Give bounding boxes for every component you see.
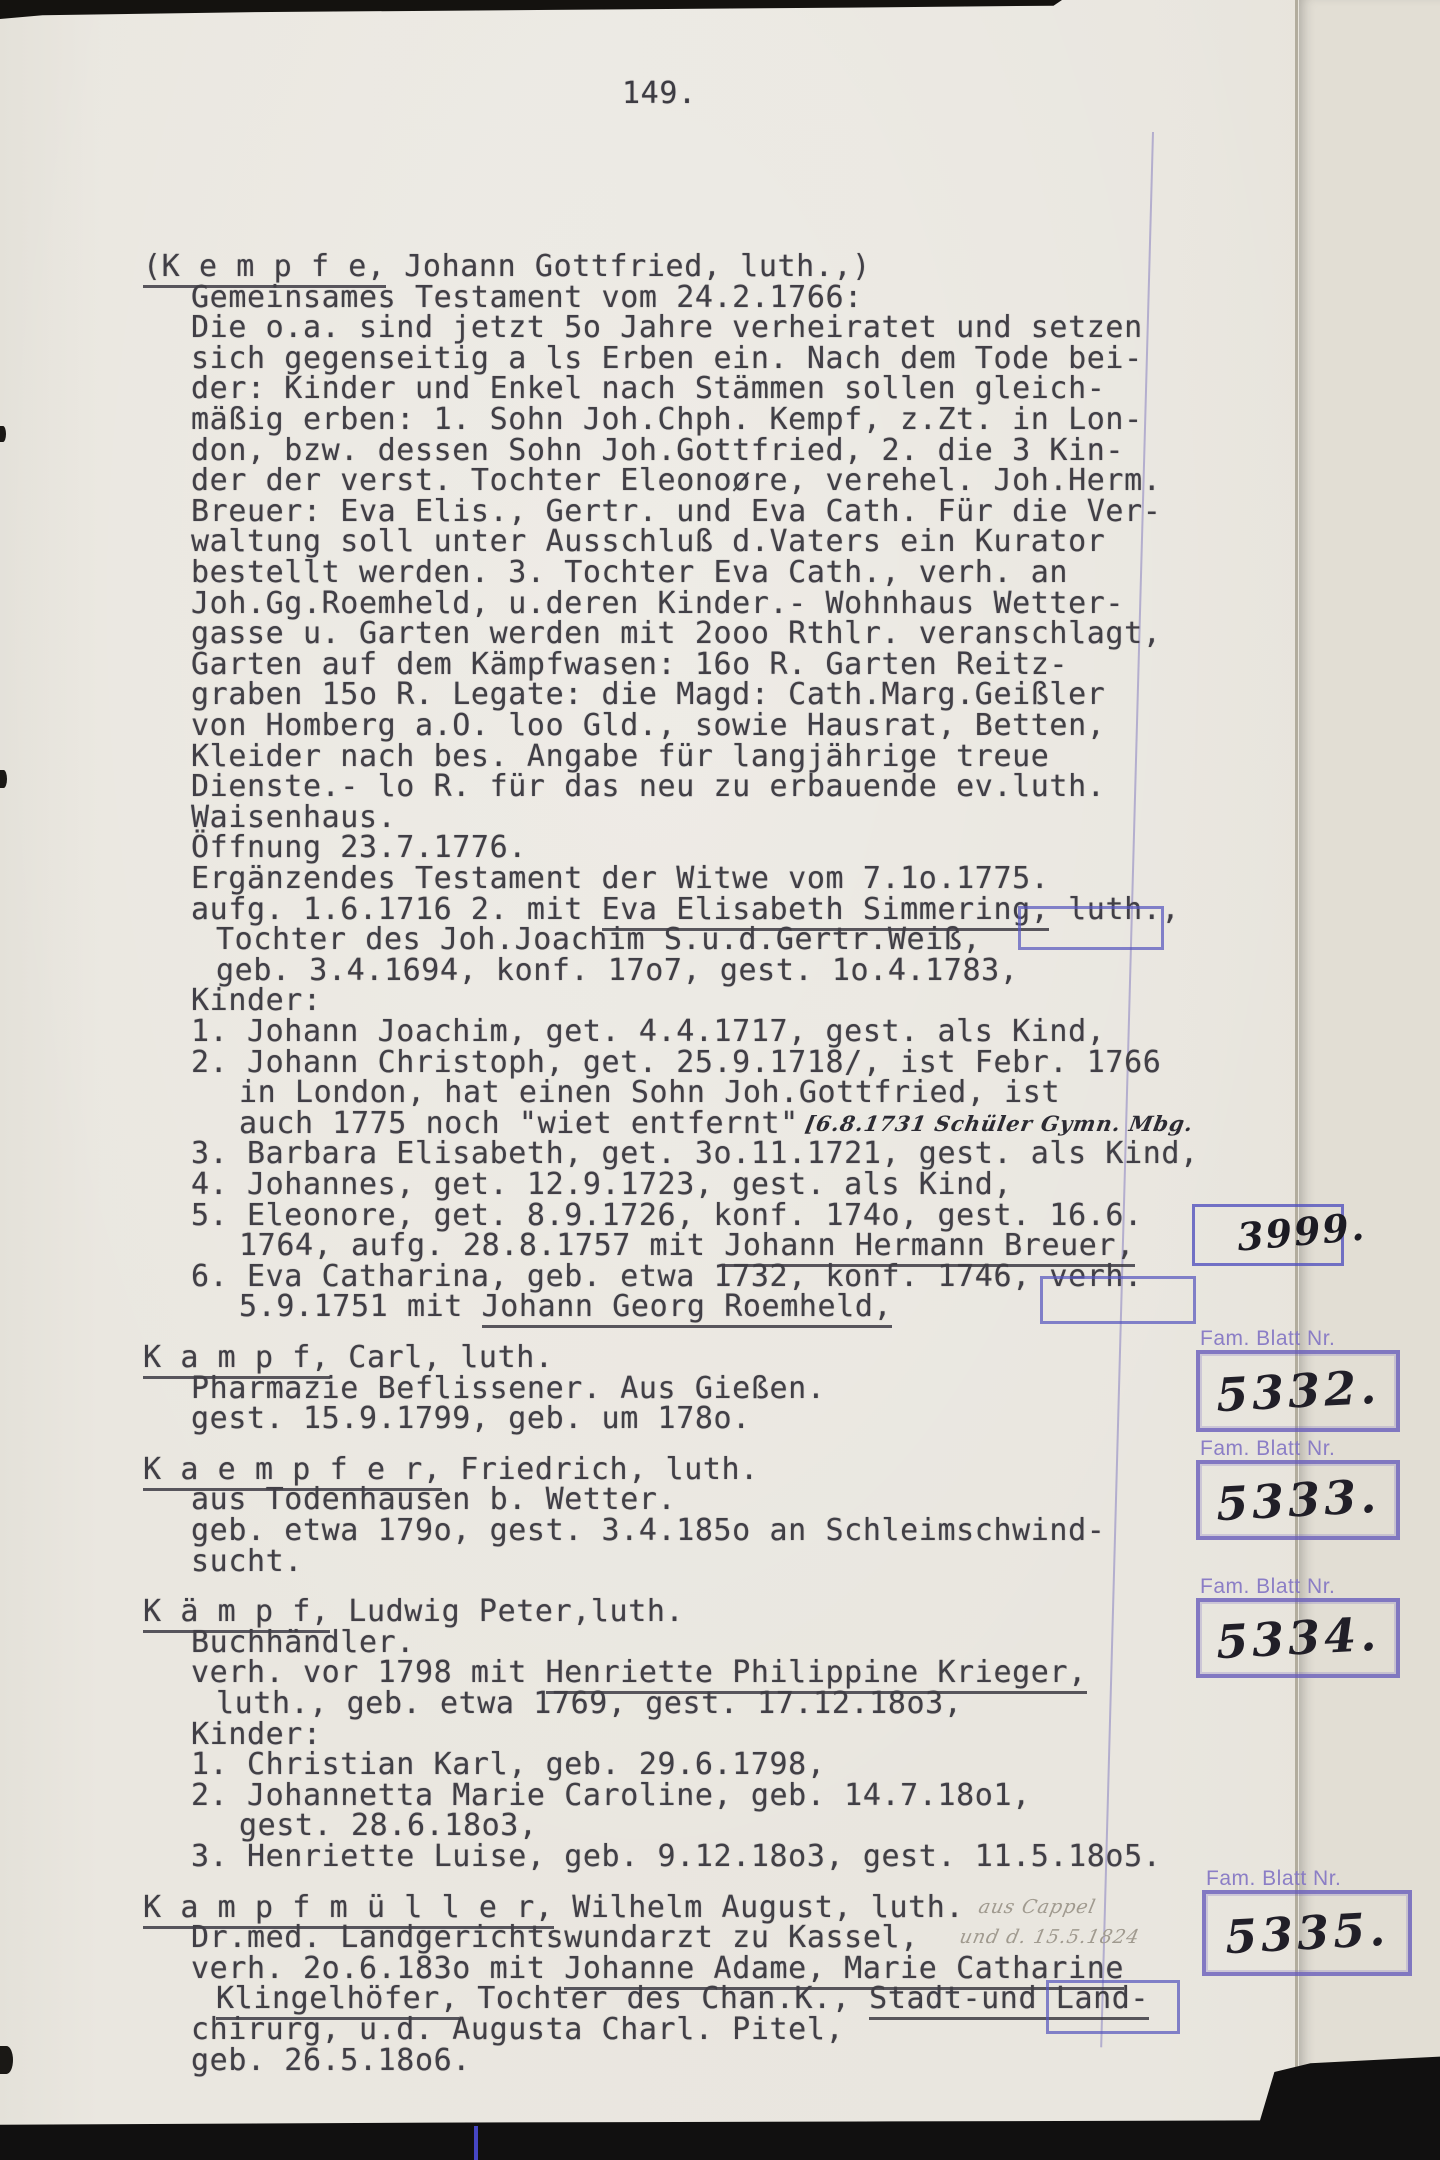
text-line: Breuer: Eva Elis., Gertr. und Eva Cath. … xyxy=(191,497,1161,527)
text-line: von Homberg a.O. loo Gld., sowie Hausrat… xyxy=(191,711,1105,741)
family-ref-box: 3999. xyxy=(1192,1204,1344,1266)
ink-box-empty-2 xyxy=(1046,1980,1180,2034)
text-line: Pharmazie Beflissener. Aus Gießen. xyxy=(191,1374,826,1404)
text-line: Ergänzendes Testament der Witwe vom 7.1o… xyxy=(191,864,1049,894)
text-line: in London, hat einen Sohn Joh.Gottfried,… xyxy=(239,1078,1060,1108)
text-line: chirurg, u.d. Augusta Charl. Pitel, xyxy=(191,2015,844,2045)
text-line: Die o.a. sind jetzt 5o Jahre verheiratet… xyxy=(191,313,1143,343)
text-line: gest. 15.9.1799, geb. um 178o. xyxy=(191,1404,751,1434)
text-line: waltung soll unter Ausschluß d.Vaters ei… xyxy=(191,527,1105,557)
ink-box-weiss xyxy=(1018,906,1164,950)
text-line: Kinder: xyxy=(191,986,322,1016)
text-line: Öffnung 23.7.1776. xyxy=(191,833,527,863)
text-line: der: Kinder und Enkel nach Stämmen solle… xyxy=(191,374,1105,404)
text-line: 5. Eleonore, get. 8.9.1726, konf. 174o, … xyxy=(191,1201,1143,1231)
entry-heading-line: K a m p f, Carl, luth. xyxy=(143,1343,554,1373)
scanned-document-page: 149. (K e m p f e, Johann Gottfried, lut… xyxy=(0,0,1440,2160)
text-line: geb. etwa 179o, gest. 3.4.185o an Schlei… xyxy=(191,1516,1105,1546)
text-line: 3. Barbara Elisabeth, get. 3o.11.1721, g… xyxy=(191,1139,1199,1169)
handwritten-annotation: [6.8.1731 Schüler Gymn. Mbg. xyxy=(803,1109,1196,1139)
text-line: mäßig erben: 1. Sohn Joh.Chph. Kempf, z.… xyxy=(191,405,1143,435)
handwritten-annotation: aus Cappel xyxy=(976,1892,1099,1922)
handwritten-number-5333: 5333. xyxy=(1215,1469,1382,1532)
text-line: Kinder: xyxy=(191,1720,322,1750)
text-line: gest. 28.6.18o3, xyxy=(239,1811,538,1841)
fam-blatt-label-2: Fam. Blatt Nr. xyxy=(1200,1437,1335,1461)
text-line: 2. Johannetta Marie Caroline, geb. 14.7.… xyxy=(191,1781,1031,1811)
text-segment: gest. 15.9.1799, geb. um 178o. xyxy=(191,1401,751,1436)
scan-blue-mark xyxy=(474,2126,478,2160)
text-line: verh. 2o.6.183o mit Johanne Adame, Marie… xyxy=(191,1954,1124,1984)
text-line: verh. vor 1798 mit Henriette Philippine … xyxy=(191,1658,1087,1688)
fam-blatt-box-1: 5332. xyxy=(1196,1350,1400,1432)
fam-blatt-box-3: 5334. xyxy=(1196,1598,1400,1678)
text-segment: sucht. xyxy=(191,1544,303,1579)
entry-heading-line: K a e m p f e r, Friedrich, luth. xyxy=(143,1455,759,1485)
text-line: bestellt werden. 3. Tochter Eva Cath., v… xyxy=(191,558,1068,588)
text-segment: geb. 26.5.18o6. xyxy=(191,2043,471,2078)
fam-blatt-label-3: Fam. Blatt Nr. xyxy=(1200,1575,1335,1599)
text-line: Tochter des Joh.Joachim S.u.d.Gertr.Weiß… xyxy=(216,925,981,955)
text-line: aus Todenhausen b. Wetter. xyxy=(191,1485,676,1515)
text-line: 2. Johann Christoph, get. 25.9.1718/, is… xyxy=(191,1048,1161,1078)
scan-edge-mark-2 xyxy=(0,770,7,788)
fam-blatt-box-4: 5335. xyxy=(1202,1890,1412,1976)
text-line: Joh.Gg.Roemheld, u.deren Kinder.- Wohnha… xyxy=(191,589,1124,619)
text-segment: luth., geb. etwa 1769, gest. 17.12.18o3, xyxy=(216,1686,962,1721)
scan-edge-mark-3 xyxy=(0,2046,13,2074)
text-line: Klingelhöfer, Tochter des Chan.K., Stadt… xyxy=(216,1984,1149,2014)
ink-box-empty-1 xyxy=(1040,1276,1196,1324)
text-line: 3. Henriette Luise, geb. 9.12.18o3, gest… xyxy=(191,1842,1161,1872)
fam-blatt-label-1: Fam. Blatt Nr. xyxy=(1200,1327,1335,1351)
text-line: 5.9.1751 mit Johann Georg Roemheld, xyxy=(239,1292,892,1322)
fam-blatt-label-4: Fam. Blatt Nr. xyxy=(1206,1867,1341,1891)
text-line: geb. 26.5.18o6. xyxy=(191,2046,471,2076)
text-segment: geb. etwa 179o, gest. 3.4.185o an Schlei… xyxy=(191,1513,1105,1548)
text-line: 1. Johann Joachim, get. 4.4.1717, gest. … xyxy=(191,1017,1105,1047)
handwritten-number-5335: 5335. xyxy=(1224,1902,1391,1965)
text-line: der der verst. Tochter Eleonoøre, verehe… xyxy=(191,466,1161,496)
text-line: Dienste.- lo R. für das neu zu erbauende… xyxy=(191,772,1105,802)
text-line: geb. 3.4.1694, konf. 17o7, gest. 1o.4.17… xyxy=(216,956,1018,986)
text-line: Buchhändler. xyxy=(191,1628,415,1658)
text-line: Gemeinsames Testament vom 24.2.1766: xyxy=(191,283,863,313)
handwritten-number-5334: 5334. xyxy=(1215,1607,1382,1670)
scan-edge-mark-1 xyxy=(0,426,6,442)
text-line: sucht. xyxy=(191,1547,303,1577)
underlined-text: Johann Georg Roemheld, xyxy=(482,1289,893,1328)
entry-heading-line: K ä m p f, Ludwig Peter,luth. xyxy=(143,1597,684,1627)
entry-heading-line: (K e m p f e, Johann Gottfried, luth.,) xyxy=(143,252,871,282)
text-line: Waisenhaus. xyxy=(191,803,396,833)
handwritten-number-5332: 5332. xyxy=(1215,1360,1382,1423)
text-line: 1. Christian Karl, geb. 29.6.1798, xyxy=(191,1750,826,1780)
text-line: sich gegenseitig a ls Erben ein. Nach de… xyxy=(191,344,1143,374)
text-line: 1764, aufg. 28.8.1757 mit Johann Hermann… xyxy=(239,1231,1135,1261)
text-segment: geb. 3.4.1694, konf. 17o7, gest. 1o.4.17… xyxy=(216,953,1018,988)
text-line: don, bzw. dessen Sohn Joh.Gottfried, 2. … xyxy=(191,436,1124,466)
handwritten-annotation: und d. 15.5.1824 xyxy=(956,1922,1142,1952)
text-segment: 5.9.1751 mit xyxy=(239,1289,482,1324)
text-line: Garten auf dem Kämpfwasen: 16o R. Garten… xyxy=(191,650,1068,680)
text-line: Kleider nach bes. Angabe für langjährige… xyxy=(191,742,1049,772)
text-line: 6. Eva Catharina, geb. etwa 1732, konf. … xyxy=(191,1262,1143,1292)
text-segment: 3. Henriette Luise, geb. 9.12.18o3, gest… xyxy=(191,1839,1161,1874)
text-line: luth., geb. etwa 1769, gest. 17.12.18o3, xyxy=(216,1689,962,1719)
text-line: graben 15o R. Legate: die Magd: Cath.Mar… xyxy=(191,680,1105,710)
fam-blatt-box-2: 5333. xyxy=(1196,1460,1400,1540)
text-line: 4. Johannes, get. 12.9.1723, gest. als K… xyxy=(191,1170,1012,1200)
typewritten-text-block: (K e m p f e, Johann Gottfried, luth.,)G… xyxy=(0,0,1440,2160)
text-line: gasse u. Garten werden mit 2ooo Rthlr. v… xyxy=(191,619,1161,649)
